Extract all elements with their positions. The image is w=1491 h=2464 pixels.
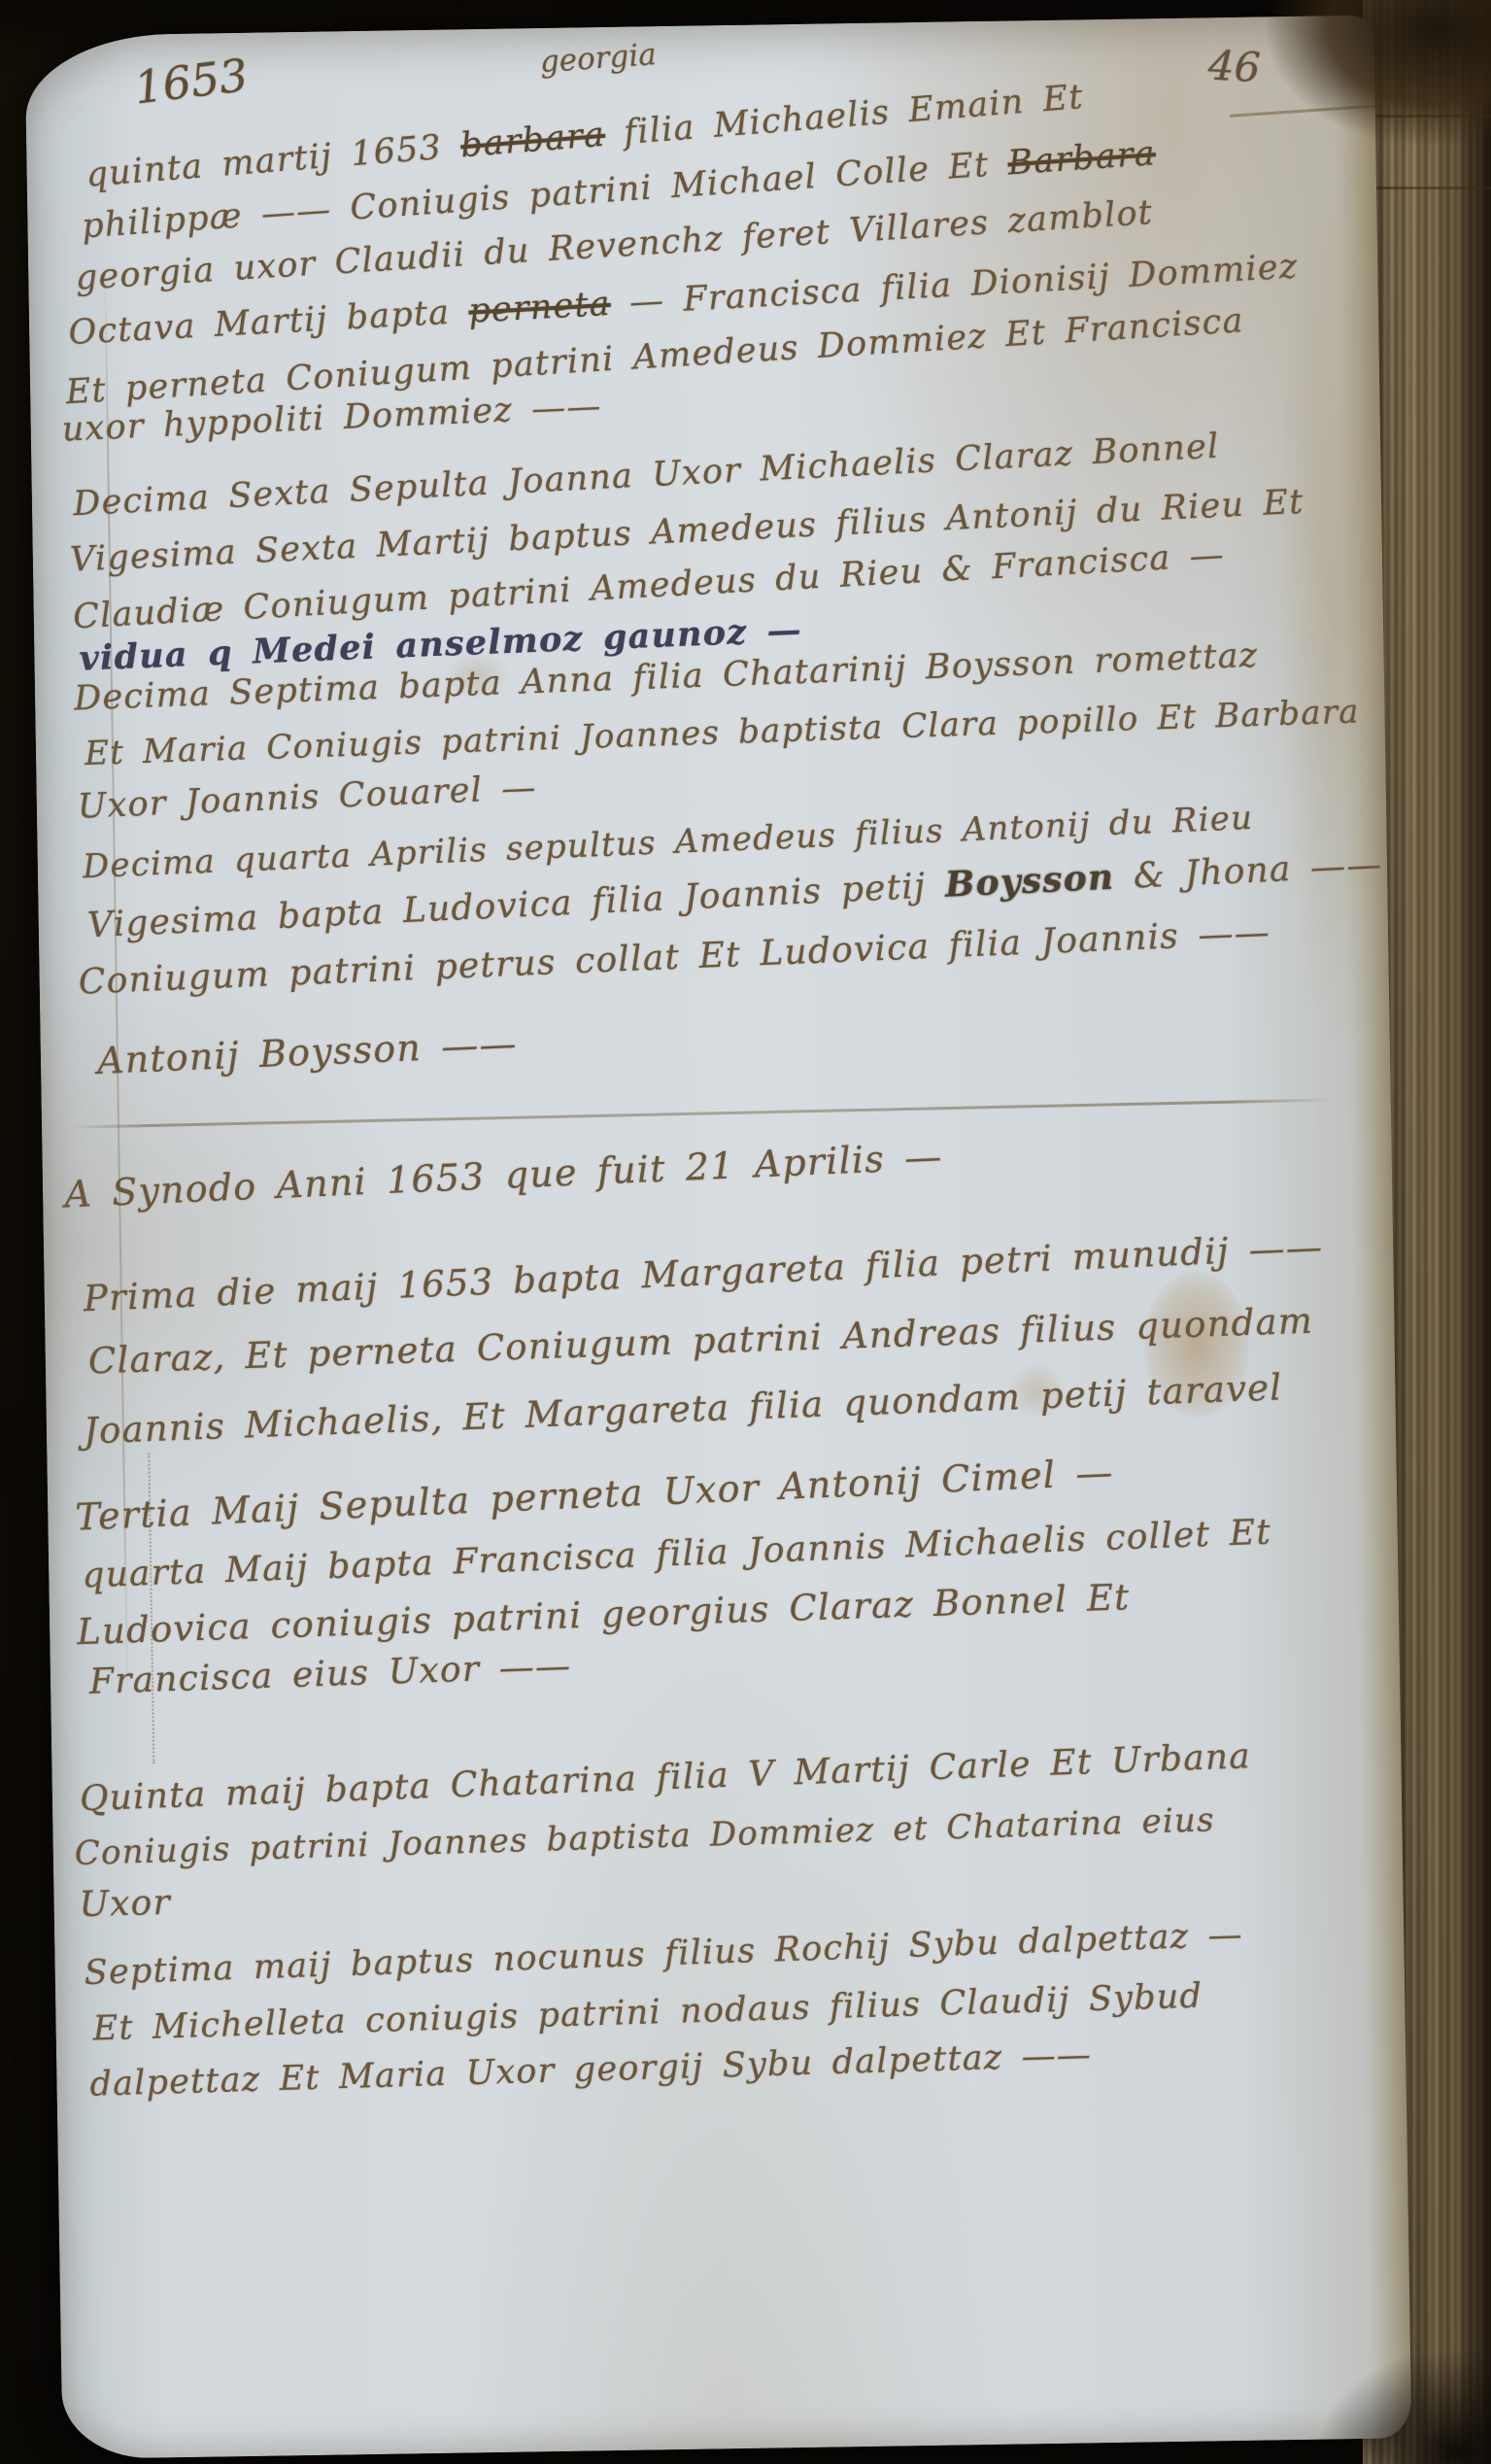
manuscript-line: Claraz, Et perneta Coniugum patrini Andr… — [87, 1300, 1313, 1383]
binding-stain-top-right — [1268, 0, 1491, 146]
year-heading: 1653 — [131, 49, 251, 115]
interlinear-correction: georgia — [539, 37, 658, 80]
page-number: 46 — [1207, 41, 1262, 91]
section-divider-rule — [71, 1098, 1333, 1128]
scanned-photo-background: 1653 georgia 46 quinta martij 1653 barba… — [0, 0, 1491, 2464]
struck-word: perneta — [467, 285, 611, 331]
manuscript-line: Uxor Joannis Couarel — — [77, 769, 537, 827]
manuscript-line: Antonij Boysson —— — [96, 1022, 518, 1082]
manuscript-line: Joannis Michaelis, Et Margareta filia qu… — [83, 1366, 1283, 1452]
manuscript-line: Uxor — [79, 1883, 171, 1925]
manuscript-line: dalpettaz Et Maria Uxor georgij Sybu dal… — [89, 2036, 1093, 2105]
struck-word: Barbara — [1006, 134, 1157, 183]
struck-word: barbara — [459, 116, 607, 166]
page-edge-line — [1363, 187, 1491, 189]
shadow-bottom-right — [1316, 2347, 1491, 2464]
manuscript-text-block: quinta martij 1653 barbara filia Michael… — [24, 16, 1373, 37]
manuscript-page: 1653 georgia 46 quinta martij 1653 barba… — [24, 16, 1411, 2460]
overwritten-word: Boysson — [944, 857, 1115, 906]
manuscript-line: Francisca eius Uxor —— — [88, 1646, 571, 1701]
manuscript-line: A Synodo Anni 1653 que fuit 21 Aprilis — — [63, 1135, 943, 1215]
